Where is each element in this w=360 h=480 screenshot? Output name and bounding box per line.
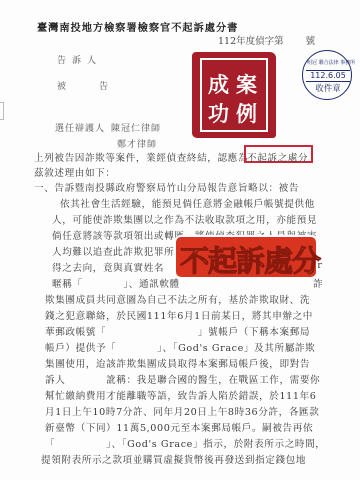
receipt-stamp: 明冠 聯合法律 事務所 112.6.05 收件章: [302, 50, 352, 100]
body-line-1: 上列被告因詐欺等案件，業經偵查終結，認應為: [34, 150, 248, 164]
stamp-date: 112.6.05: [306, 70, 350, 82]
stamp-label: 收件章: [307, 82, 349, 94]
document-title: 臺灣南投地方檢察署檢察官不起訴處分書: [37, 19, 238, 34]
body-line-10: 欺集團成員共同意圖為自己不法之所有，基於詐欺取財、洗: [45, 292, 310, 306]
body-line-3: 一、告訴暨南投縣政府警察局竹山分局報告意旨略以：被告: [34, 180, 299, 194]
body-line-18: 新臺幣（下同）11萬5,000元至本案郵局帳戶。嗣被告再依: [45, 420, 313, 434]
stamp-firm-name: 明冠 聯合法律 事務所: [307, 59, 349, 66]
seal-char-3: 功: [208, 98, 229, 128]
body-line-5: 人，可能使詐欺集團以之作為不法收取款項之用，亦能預見: [52, 212, 317, 226]
seal-char-2: 案: [236, 69, 257, 99]
defense-lawyer-1: 陳冠仁律師: [111, 121, 161, 134]
seal-char-1: 成: [208, 69, 229, 99]
body-line-11: 錢之犯意聯絡，於民國111年6月1日前某日，將其申辦之中: [45, 308, 313, 322]
success-case-seal: 成 案 功 例: [192, 52, 276, 138]
defense-counsel-label: 選任辯護人: [55, 121, 105, 134]
body-line-20: 提領附表所示之款項並購買虛擬貨幣後再發送到指定錢包地: [41, 452, 306, 466]
defendant-label: 被告: [57, 79, 141, 92]
body-line-2: 茲敘述理由如下：: [34, 165, 116, 179]
case-number-prefix: 112年度偵字第: [218, 36, 284, 47]
body-line-15: 訴人 訛稱：我是聯合國的醫生，在戰區工作，需要你: [45, 372, 320, 386]
complainant-label: 告訴人: [57, 53, 102, 66]
highlighted-phrase: 不起訴之處分: [247, 150, 308, 164]
body-line-17: 月1日上午10時7分許、同年月20日上午8時36分許，各匯款: [45, 404, 319, 418]
defense-lawyer-2: 鄭才律師: [117, 137, 157, 150]
page-edge-marker: [0, 102, 4, 120]
case-number-suffix: 號: [306, 36, 316, 47]
body-line-1-text: 上列被告因詐欺等案件，業經偵查終結，認應為: [34, 153, 248, 164]
body-line-13: 帳戶）提供予「 」、「God's Grace」及其所屬詐欺: [45, 340, 315, 354]
body-line-19: 「 」、「God's Grace」指示，於附表所示之時間，: [45, 436, 325, 450]
body-line-14: 集團使用，迨該詐欺集團成員取得本案郵局帳戶後，即對告: [45, 356, 310, 370]
document-page: 臺灣南投地方檢察署檢察官不起訴處分書 112年度偵字第號 告訴人 被告 選任辯護…: [0, 0, 360, 480]
overlay-banner-text: 不起訴處分: [180, 239, 320, 280]
body-line-4: 依其社會生活經驗，能預見倘任意將金融帳戶帳號提供他: [60, 196, 315, 210]
seal-char-4: 例: [236, 98, 257, 128]
body-line-8: 得之去向，竟與真實姓名: [52, 260, 164, 274]
case-number: 112年度偵字第號: [218, 33, 315, 47]
body-line-12: 華郵政帳號「 」號帳戶（下稱本案郵局: [45, 324, 310, 338]
body-line-9: 暱稱「 」、通訊軟體: [52, 276, 180, 290]
body-line-16: 幫忙繳納費用才能離職等語，致告訴人陷於錯誤，於111年6: [45, 388, 316, 402]
